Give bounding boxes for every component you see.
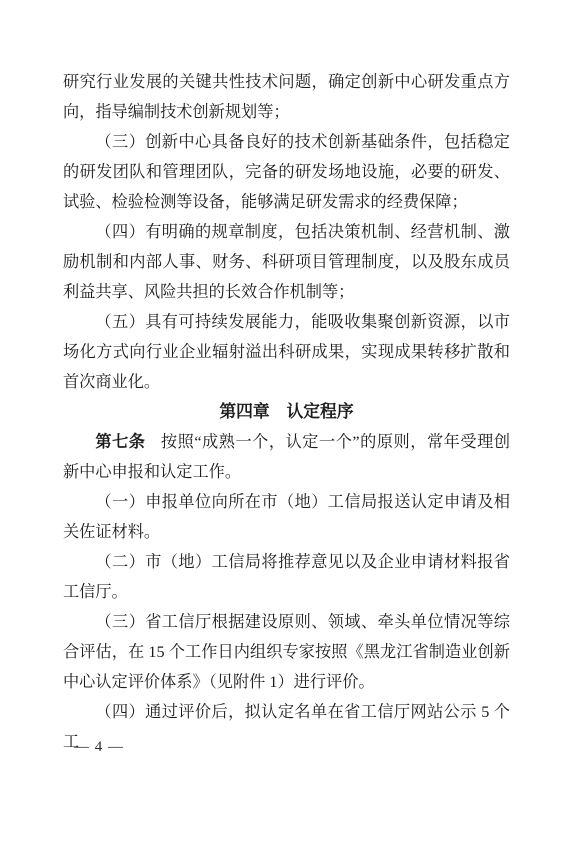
page-footer: — 4 — (74, 737, 124, 757)
document-page: 研究行业发展的关键共性技术问题，确定创新中心研发重点方向，指导编制技术创新规划等… (0, 0, 571, 843)
paragraph-article-7: 第七条按照“成熟一个，认定一个”的原则，常年受理创新中心申报和认定工作。 (63, 427, 510, 487)
paragraph-continuation: 研究行业发展的关键共性技术问题，确定创新中心研发重点方向，指导编制技术创新规划等… (63, 67, 510, 127)
article-number-label: 第七条 (95, 433, 145, 451)
chapter-heading: 第四章 认定程序 (63, 397, 510, 427)
page-number: — 4 — (74, 739, 124, 755)
paragraph-condition-5: （五）具有可持续发展能力，能吸收集聚创新资源，以市场化方式向行业企业辐射溢出科研… (63, 307, 510, 397)
paragraph-procedure-4: （四）通过评价后，拟认定名单在省工信厅网站公示 5 个工 (63, 697, 510, 757)
document-body: 研究行业发展的关键共性技术问题，确定创新中心研发重点方向，指导编制技术创新规划等… (63, 67, 510, 757)
paragraph-condition-3: （三）创新中心具备良好的技术创新基础条件，包括稳定的研发团队和管理团队，完备的研… (63, 127, 510, 217)
paragraph-procedure-1: （一）申报单位向所在市（地）工信局报送认定申请及相关佐证材料。 (63, 487, 510, 547)
paragraph-procedure-3: （三）省工信厅根据建设原则、领域、牵头单位情况等综合评估，在 15 个工作日内组… (63, 607, 510, 697)
paragraph-procedure-2: （二）市（地）工信局将推荐意见以及企业申请材料报省工信厅。 (63, 547, 510, 607)
paragraph-condition-4: （四）有明确的规章制度，包括决策机制、经营机制、激励机制和内部人事、财务、科研项… (63, 217, 510, 307)
